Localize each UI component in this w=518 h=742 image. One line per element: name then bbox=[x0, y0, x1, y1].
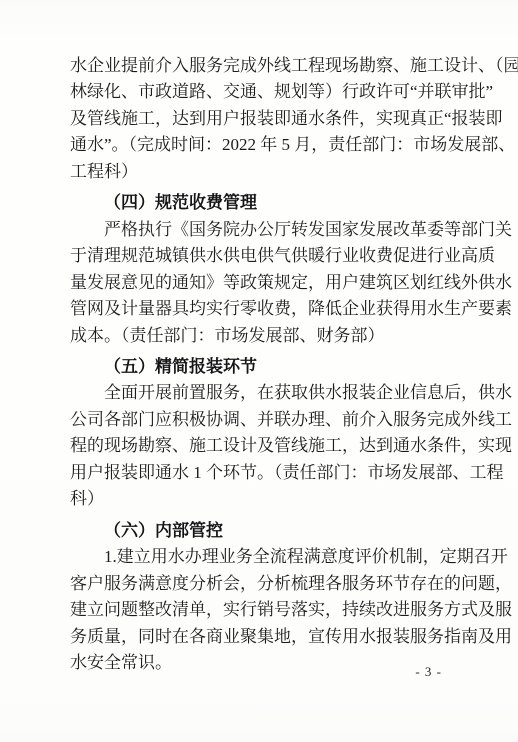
text-line: 用户报装即通水 1 个环节。（责任部门：市场发展部、工程 bbox=[70, 460, 453, 486]
text-line: 1.建立用水办理业务全流程满意度评价机制，定期召开 bbox=[70, 544, 453, 570]
text-line: 科） bbox=[70, 486, 453, 512]
section-heading: （五）精简报装环节 bbox=[70, 354, 453, 380]
text-line: 严格执行《国务院办公厅转发国家发展改革委等部门关 bbox=[70, 217, 453, 243]
text-line: 程的现场勘察、施工设计及管线施工，达到通水条件，实现 bbox=[70, 433, 453, 459]
text-line: 水安全常识。 bbox=[70, 650, 453, 676]
text-line: 公司各部门应积极协调、并联办理、前介入服务完成外线工 bbox=[70, 407, 453, 433]
text-line: 成本。（责任部门：市场发展部、财务部） bbox=[70, 323, 453, 349]
text-line: 客户服务满意度分析会，分析梳理各服务环节存在的问题， bbox=[70, 571, 453, 597]
text-line: 务质量，同时在各商业聚集地，宣传用水报装服务指南及用 bbox=[70, 624, 453, 650]
text-line: 全面开展前置服务，在获取供水报装企业信息后，供水 bbox=[70, 380, 453, 406]
text-line: 及管线施工，达到用户报装即通水条件，实现真正“报装即 bbox=[70, 106, 453, 132]
page-number: - 3 - bbox=[415, 664, 442, 680]
document-page: 水企业提前介入服务完成外线工程现场勘察、施工设计、（园林绿化、市政道路、交通、规… bbox=[0, 0, 518, 742]
section-heading: （四）规范收费管理 bbox=[70, 190, 453, 216]
text-line: 水企业提前介入服务完成外线工程现场勘察、施工设计、（园 bbox=[70, 53, 453, 79]
text-line: 量发展意见的通知》等政策规定，用户建筑区划红线外供水 bbox=[70, 270, 453, 296]
text-line: 工程科） bbox=[70, 159, 453, 185]
text-line: 通水”。（完成时间：2022 年 5 月，责任部门：市场发展部、 bbox=[70, 132, 453, 158]
section-heading: （六）内部管控 bbox=[70, 518, 453, 544]
text-line: 管网及计量器具均实行零收费，降低企业获得用水生产要素 bbox=[70, 296, 453, 322]
text-line: 于清理规范城镇供水供电供气供暖行业收费促进行业高质 bbox=[70, 243, 453, 269]
text-line: 林绿化、市政道路、交通、规划等）行政许可“并联审批” bbox=[70, 79, 453, 105]
document-body: 水企业提前介入服务完成外线工程现场勘察、施工设计、（园林绿化、市政道路、交通、规… bbox=[70, 53, 453, 676]
text-line: 建立问题整改清单，实行销号落实，持续改进服务方式及服 bbox=[70, 597, 453, 623]
